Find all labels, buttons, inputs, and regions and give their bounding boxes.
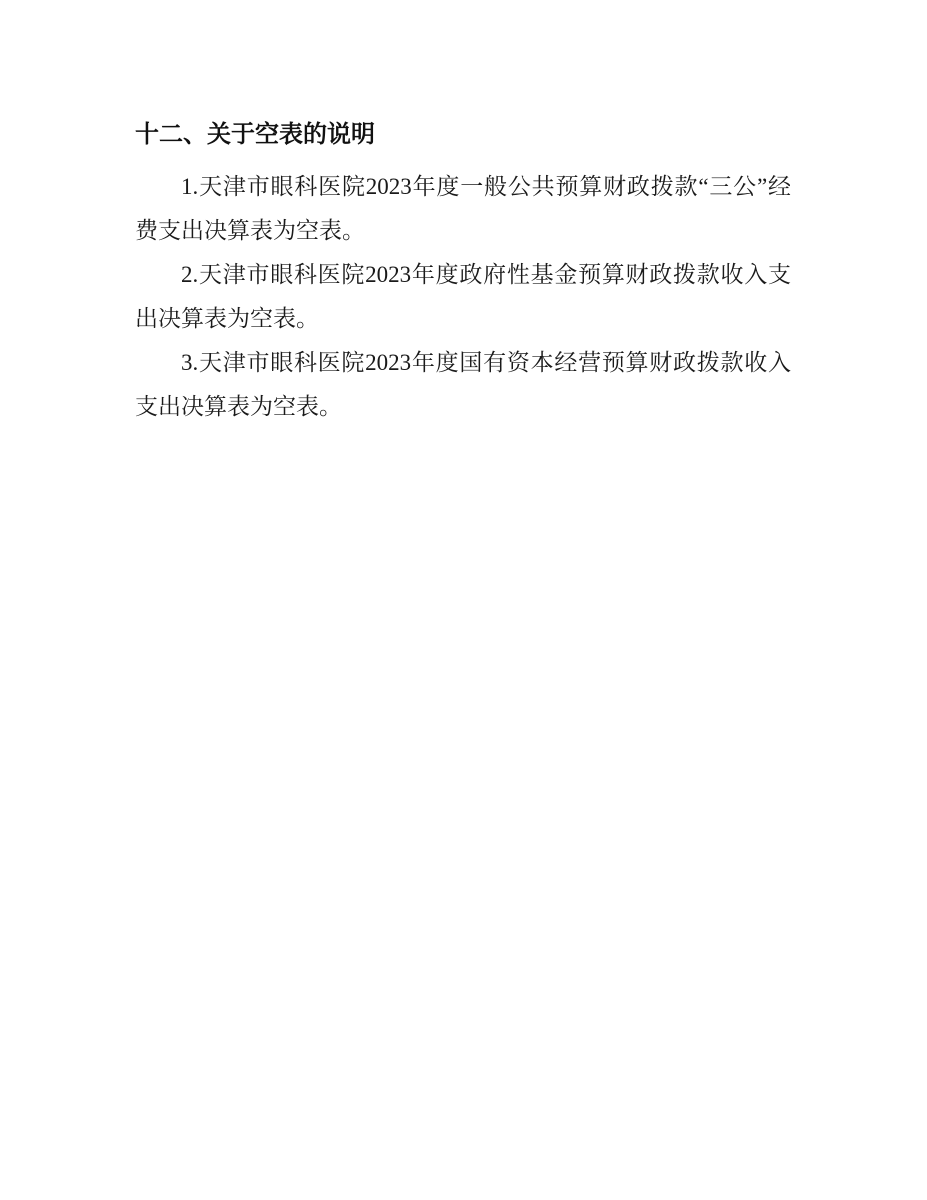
paragraph-empty-table-note-3: 3.天津市眼科医院2023年度国有资本经营预算财政拨款收入支出决算表为空表。 [135,341,791,429]
paragraph-empty-table-note-2: 2.天津市眼科医院2023年度政府性基金预算财政拨款收入支出决算表为空表。 [135,253,791,341]
document-content: 十二、关于空表的说明 1.天津市眼科医院2023年度一般公共预算财政拨款“三公”… [135,113,791,429]
paragraph-empty-table-note-1: 1.天津市眼科医院2023年度一般公共预算财政拨款“三公”经费支出决算表为空表。 [135,165,791,253]
document-page: 十二、关于空表的说明 1.天津市眼科医院2023年度一般公共预算财政拨款“三公”… [0,0,927,1200]
section-heading: 十二、关于空表的说明 [135,113,791,157]
